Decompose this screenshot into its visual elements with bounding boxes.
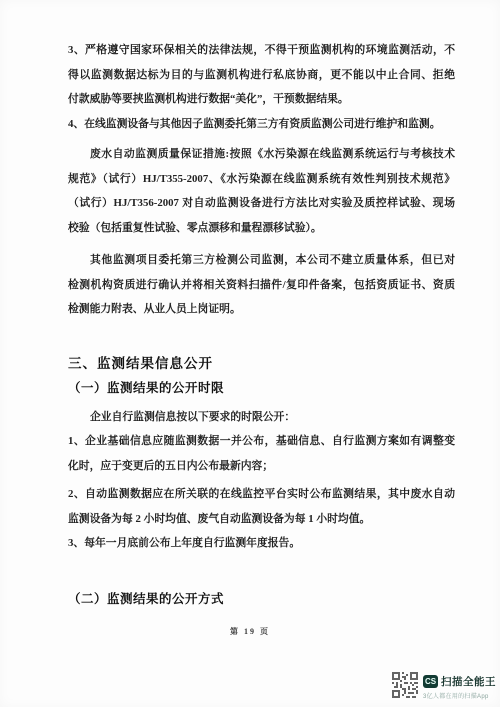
- camscanner-watermark: CS 扫描全能王 3亿人都在用的扫描App: [392, 671, 496, 700]
- section-heading: （二）监测结果的公开方式: [68, 587, 455, 612]
- text-line: 化时，应于变更后的五日内公布最新内容；: [68, 454, 455, 479]
- text-line: 废水自动监测质量保证措施:按照《水污染源在线监测系统运行与考核技术: [68, 142, 455, 167]
- watermark-tagline: 3亿人都在用的扫描App: [423, 691, 496, 700]
- section-heading: 三、监测结果信息公开: [68, 352, 455, 377]
- paragraph: 2、自动监测数据应在所关联的在线监控平台实时公布监测结果，其中废水自动监测设备为…: [68, 482, 455, 531]
- section-heading: （一）监测结果的公开时限: [68, 376, 455, 401]
- paragraph: 1、企业基础信息应随监测数据一并公布，基础信息、自行监测方案如有调整变化时，应于…: [68, 429, 455, 478]
- watermark-text-group: CS 扫描全能王 3亿人都在用的扫描App: [423, 671, 496, 700]
- text-line: 监测设备为每 2 小时均值、废气自动监测设备为每 1 小时均值。: [68, 507, 455, 532]
- watermark-brand-name: 扫描全能王: [441, 674, 496, 689]
- text-line: 规范》（试行）HJ/T355-2007、《水污染源在线监测系统有效性判别技术规范…: [68, 167, 455, 192]
- paragraph: 3、每年一月底前公布上年度自行监测年度报告。: [68, 531, 455, 556]
- camscanner-logo-icon: CS: [423, 675, 438, 688]
- paragraph: 3、严格遵守国家环保相关的法律法规，不得干预监测机构的环境监测活动，不得以监测数…: [68, 38, 455, 112]
- paragraph: 企业自行监测信息按以下要求的时限公开：: [68, 405, 455, 430]
- text-line: 企业自行监测信息按以下要求的时限公开：: [68, 405, 455, 430]
- text-line: 3、严格遵守国家环保相关的法律法规，不得干预监测机构的环境监测活动，不: [68, 38, 455, 63]
- text-line: 付款威胁等要挟监测机构进行数据“美化”，干预数据结果。: [68, 87, 455, 112]
- text-line: 检测机构资质进行确认并将相关资料扫描件/复印件备案，包括资质证书、资质: [68, 273, 455, 298]
- paragraph: 4、在线监测设备与其他因子监测委托第三方有资质监测公司进行维护和监测。: [68, 112, 455, 137]
- text-line: （二）监测结果的公开方式: [68, 587, 455, 612]
- text-line: 4、在线监测设备与其他因子监测委托第三方有资质监测公司进行维护和监测。: [68, 112, 455, 137]
- paragraph: 废水自动监测质量保证措施:按照《水污染源在线监测系统运行与考核技术规范》（试行）…: [68, 142, 455, 240]
- qr-code-icon: [392, 671, 418, 699]
- text-line: 检测能力附表、从业人员上岗证明。: [68, 297, 455, 322]
- paragraph: 其他监测项目委托第三方检测公司监测，本公司不建立质量体系，但已对检测机构资质进行…: [68, 248, 455, 322]
- text-line: 得以监测数据达标为目的与监测机构进行私底协商，更不能以中止合同、拒绝: [68, 63, 455, 88]
- text-line: （试行）HJ/T356-2007 对自动监测设备进行方法比对实验及质控样试验、现…: [68, 191, 455, 216]
- text-line: 2、自动监测数据应在所关联的在线监控平台实时公布监测结果，其中废水自动: [68, 482, 455, 507]
- scanned-document-page: 3、严格遵守国家环保相关的法律法规，不得干预监测机构的环境监测活动，不得以监测数…: [0, 0, 500, 707]
- text-line: 校验（包括重复性试验、零点漂移和量程漂移试验）。: [68, 216, 455, 241]
- page-number: 第 19 页: [0, 626, 500, 637]
- document-body: 3、严格遵守国家环保相关的法律法规，不得干预监测机构的环境监测活动，不得以监测数…: [68, 38, 455, 611]
- text-line: 3、每年一月底前公布上年度自行监测年度报告。: [68, 531, 455, 556]
- text-line: 其他监测项目委托第三方检测公司监测，本公司不建立质量体系，但已对: [68, 248, 455, 273]
- text-line: 1、企业基础信息应随监测数据一并公布，基础信息、自行监测方案如有调整变: [68, 429, 455, 454]
- text-line: 三、监测结果信息公开: [68, 352, 455, 377]
- text-line: （一）监测结果的公开时限: [68, 376, 455, 401]
